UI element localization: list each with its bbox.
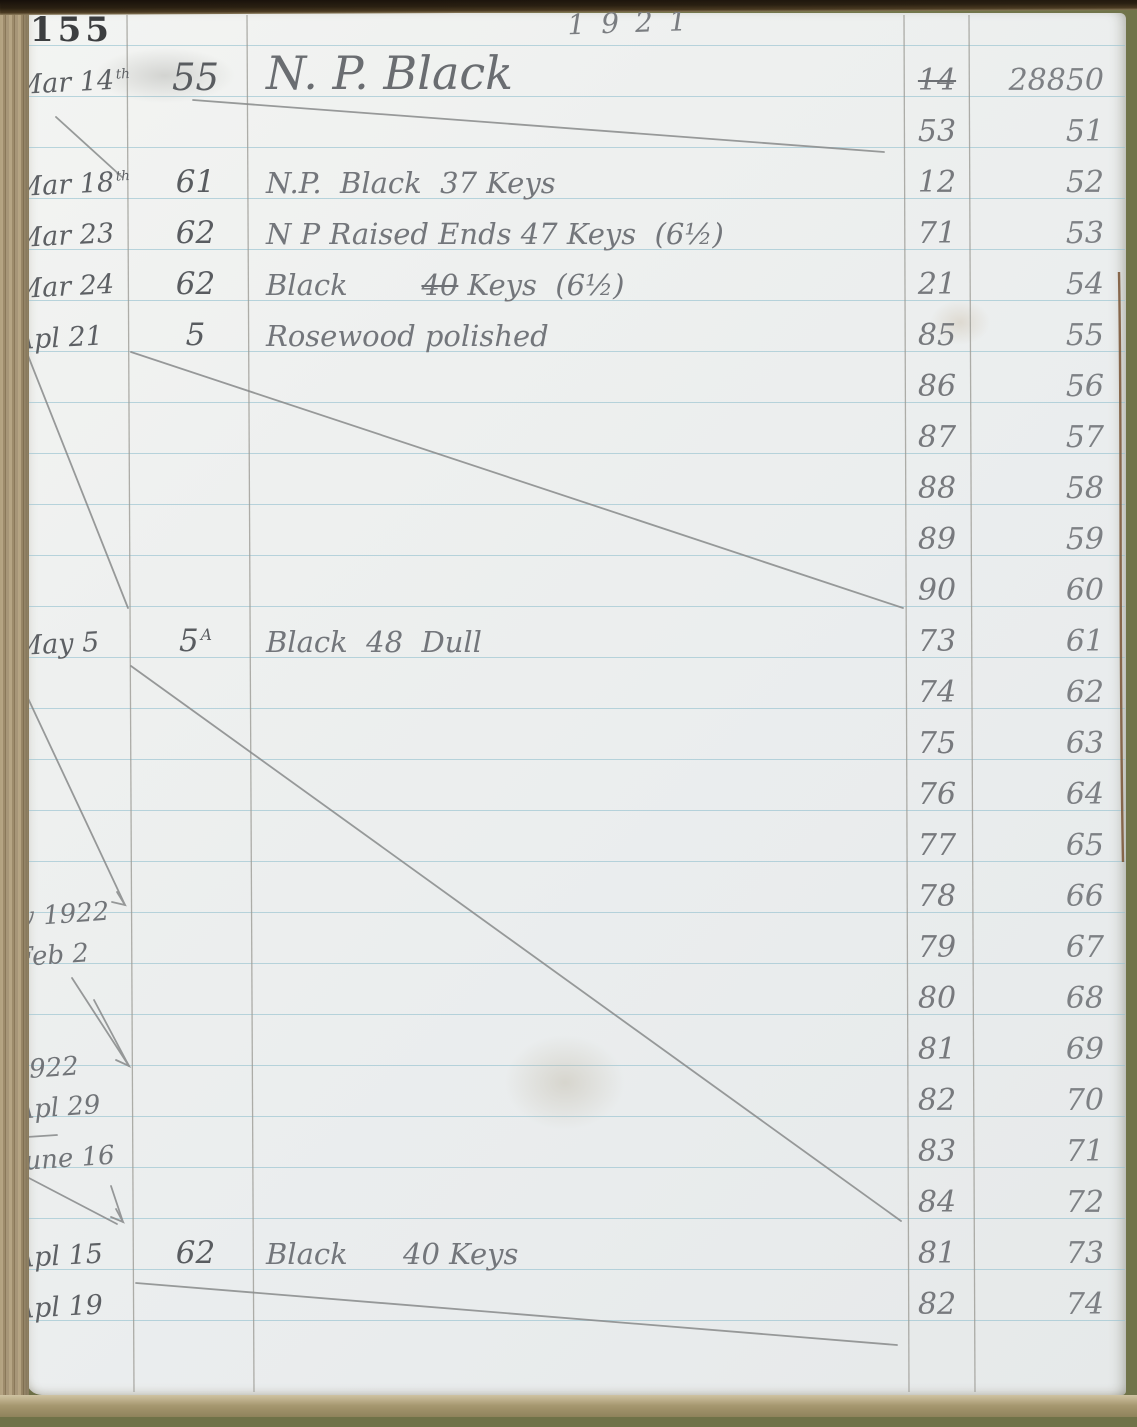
- serial-number-cell: 78: [906, 866, 968, 912]
- sequence-number-cell: 52: [990, 152, 1108, 198]
- description-text: Black 48 Dull: [266, 628, 482, 657]
- sequence-number-cell: 28850: [990, 50, 1108, 96]
- serial-number-cell: 21: [906, 254, 968, 300]
- entry-model-number: 61: [148, 152, 243, 198]
- entry-date: Mar 14th: [13, 47, 135, 99]
- entry-description: Black 40 Keys (6½): [266, 254, 625, 300]
- serial-number-cell: 14: [906, 50, 968, 96]
- serial-number-cell: 73: [906, 611, 968, 657]
- date-superscript: th: [115, 67, 130, 81]
- sequence-number-cell: 69: [990, 1019, 1108, 1065]
- entry-date: Mar 23: [13, 200, 135, 252]
- entry-model-number: 62: [148, 1223, 243, 1269]
- serial-number-cell: 77: [906, 815, 968, 861]
- entry-description: Black 48 Dull: [266, 611, 482, 657]
- sequence-number-cell: 61: [990, 611, 1108, 657]
- entry-date: Mar 18th: [13, 149, 135, 201]
- serial-number-cell: 82: [906, 1274, 968, 1320]
- entry-date: Apl 19: [13, 1271, 135, 1323]
- serial-number-cell: 81: [906, 1223, 968, 1269]
- entry-date: Apl 15: [13, 1220, 135, 1272]
- serial-number-cell: 86: [906, 356, 968, 402]
- serial-number-cell: 88: [906, 458, 968, 504]
- sequence-number-cell: 68: [990, 968, 1108, 1014]
- sequence-number-cell: 51: [990, 101, 1108, 147]
- entry-description: N.P. Black 37 Keys: [266, 152, 556, 198]
- serial-number-cell: 79: [906, 917, 968, 963]
- page-block-bottom-edge: [0, 1395, 1137, 1419]
- entry-model-number: 62: [148, 203, 243, 249]
- sequence-number-cell: 53: [990, 203, 1108, 249]
- struck-text: 40: [421, 271, 458, 300]
- sequence-number-cell: 66: [990, 866, 1108, 912]
- date-superscript: th: [115, 169, 130, 183]
- page-number: 155: [30, 10, 113, 50]
- description-text: N P Raised Ends 47 Keys (6½): [266, 220, 724, 249]
- serial-number-cell: 83: [906, 1121, 968, 1167]
- sequence-number-cell: 62: [990, 662, 1108, 708]
- sequence-number-cell: 67: [990, 917, 1108, 963]
- scanned-ledger-page: 155 1921 1428850535112527153215485558656…: [0, 0, 1137, 1427]
- entry-description: Black 40 Keys: [266, 1223, 518, 1269]
- description-text: N.P. Black 37 Keys: [266, 169, 556, 198]
- serial-number-cell: 12: [906, 152, 968, 198]
- sequence-number-cell: 58: [990, 458, 1108, 504]
- sequence-number-cell: 74: [990, 1274, 1108, 1320]
- serial-number-cell: 89: [906, 509, 968, 555]
- sequence-number-cell: 55: [990, 305, 1108, 351]
- sequence-number-cell: 57: [990, 407, 1108, 453]
- sequence-number-cell: 56: [990, 356, 1108, 402]
- entry-model-number: 55: [148, 50, 243, 96]
- sequence-number-cell: 60: [990, 560, 1108, 606]
- serial-number-cell: 71: [906, 203, 968, 249]
- entry-model-number: 5: [148, 305, 243, 351]
- sequence-number-cell: 63: [990, 713, 1108, 759]
- sequence-number-cell: 65: [990, 815, 1108, 861]
- description-text: Black 40 Keys: [266, 1240, 518, 1269]
- entry-description: N P Raised Ends 47 Keys (6½): [266, 203, 724, 249]
- entry-date: Apl 21: [13, 302, 135, 354]
- serial-number-cell: 84: [906, 1172, 968, 1218]
- serial-number-cell: 75: [906, 713, 968, 759]
- sequence-number-cell: 73: [990, 1223, 1108, 1269]
- description-text: Keys (6½): [458, 271, 624, 300]
- entry-description: Rosewood polished: [266, 305, 549, 351]
- sequence-number-cell: 72: [990, 1172, 1108, 1218]
- sequence-number-cell: 64: [990, 764, 1108, 810]
- serial-number-cell: 53: [906, 101, 968, 147]
- sequence-number-cell: 70: [990, 1070, 1108, 1116]
- serial-number-cell: 80: [906, 968, 968, 1014]
- scan-backdrop-bottom: [0, 1417, 1137, 1427]
- entry-date: May 5: [13, 608, 135, 660]
- model-superscript: A: [201, 628, 212, 644]
- sequence-number-cell: 54: [990, 254, 1108, 300]
- entry-description: N. P. Black: [266, 38, 513, 96]
- sequence-number-cell: 71: [990, 1121, 1108, 1167]
- description-text: Black: [266, 271, 421, 300]
- entry-model-number: 5A: [148, 611, 243, 657]
- serial-number-cell: 74: [906, 662, 968, 708]
- sequence-number-cell: 59: [990, 509, 1108, 555]
- description-text: N. P. Black: [266, 50, 513, 96]
- margin-note-line: Feb 2: [14, 932, 113, 979]
- serial-number-cell: 76: [906, 764, 968, 810]
- book-spine-edge: [0, 8, 29, 1413]
- serial-number-cell: 87: [906, 407, 968, 453]
- serial-number-cell: 90: [906, 560, 968, 606]
- entry-model-number: 62: [148, 254, 243, 300]
- serial-number-cell: 85: [906, 305, 968, 351]
- description-text: Rosewood polished: [266, 322, 549, 351]
- serial-number-cell: 81: [906, 1019, 968, 1065]
- serial-number-cell: 82: [906, 1070, 968, 1116]
- entry-date: Mar 24: [13, 251, 135, 303]
